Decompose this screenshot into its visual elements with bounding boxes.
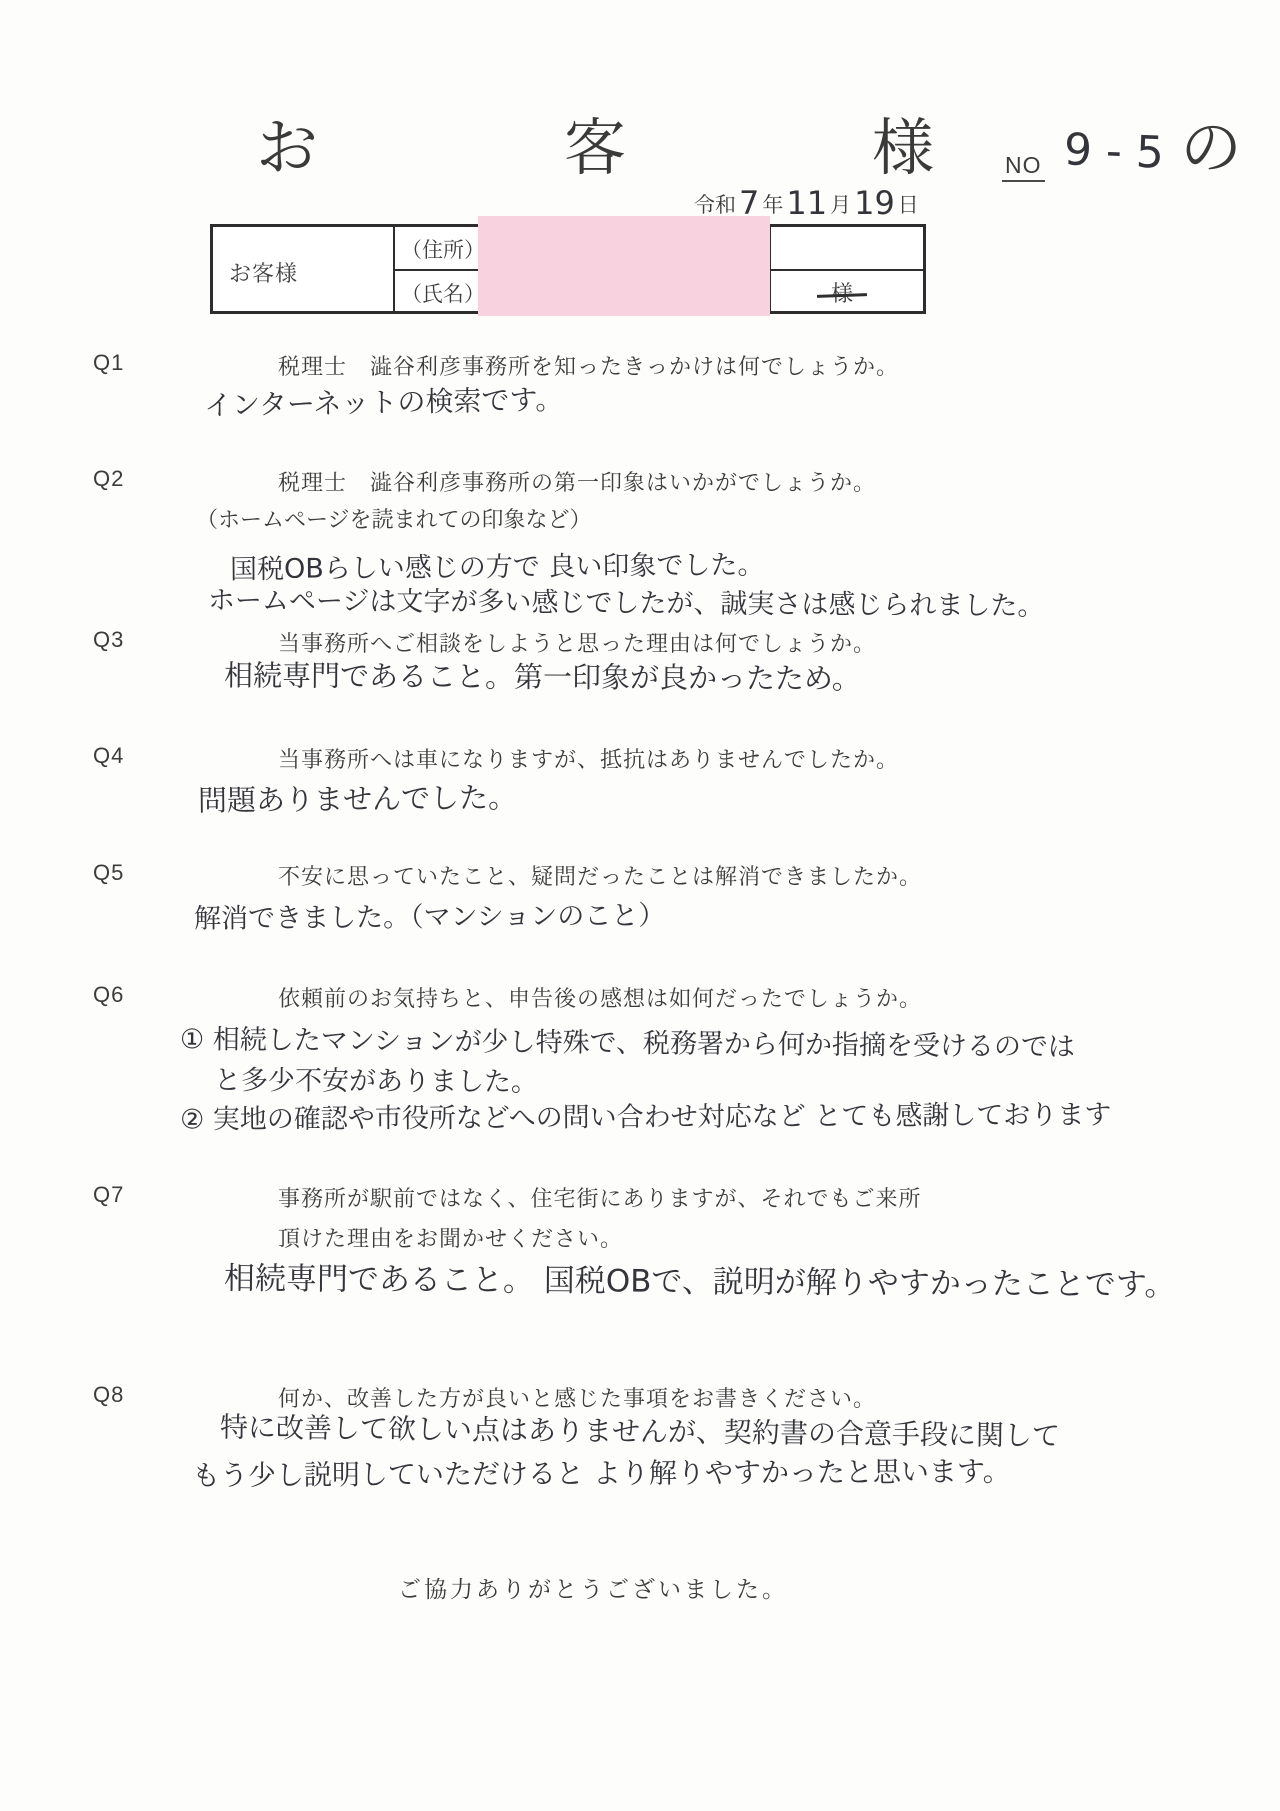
date-year-label: 年 xyxy=(762,189,783,219)
handwritten-answer: 相続専門であること。第一印象が良かったため。 xyxy=(224,653,861,697)
form-number-label: NO xyxy=(1002,152,1045,182)
date-month-label: 月 xyxy=(830,189,851,219)
date-day-label: 日 xyxy=(898,189,919,219)
address-label: （住所） xyxy=(401,234,485,264)
question-text: 当事務所へは車になりますが、抵抗はありませんでしたか。 xyxy=(278,743,899,774)
question-label: Q8 xyxy=(93,1382,124,1408)
question-text: 事務所が駅前ではなく、住宅街にありますが、それでもご来所 xyxy=(278,1182,922,1213)
closing-text: ご協力ありがとうございました。 xyxy=(398,1571,788,1604)
handwritten-answer: ② 実地の確認や市役所などへの問い合わせ対応など とても感謝しております xyxy=(180,1093,1111,1137)
question-text: 頂けた理由をお聞かせください。 xyxy=(278,1222,623,1253)
handwritten-answer: 解消できました。（マンションのこと） xyxy=(194,893,666,935)
customer-header-cell: お客様 xyxy=(229,257,298,288)
question-label: Q5 xyxy=(93,860,124,886)
question-label: Q3 xyxy=(93,627,124,653)
question-label: Q2 xyxy=(93,466,124,492)
question-note: （ホームページを読まれての印象など） xyxy=(196,503,592,534)
honorific-sama-struck: 様 xyxy=(831,277,853,308)
handwritten-answer: 問題ありませんでした。 xyxy=(198,775,517,819)
name-label: （氏名） xyxy=(401,278,485,308)
handwritten-answer: ホームページは文字が多い感じでしたが、誠実さは感じられました。 xyxy=(208,578,1045,623)
handwritten-answer: ① 相続したマンションが少し特殊で、税務署から何か指摘を受けるのでは xyxy=(180,1017,1075,1064)
handwritten-answer: 特に改善して欲しい点はありませんが、契約書の合意手段に関して xyxy=(220,1406,1060,1455)
question-text: 不安に思っていたこと、疑問だったことは解消できましたか。 xyxy=(278,860,922,891)
handwritten-answer: 相続専門であること。 国税OBで、説明が解りやすかったことです。 xyxy=(224,1253,1176,1305)
question-text: 税理士 澁谷利彦事務所を知ったきっかけは何でしょうか。 xyxy=(278,350,899,381)
date-month-value: 11 xyxy=(786,184,827,222)
question-label: Q6 xyxy=(93,982,124,1008)
date-day-value: 19 xyxy=(854,184,895,222)
handwritten-answer: インターネットの検索です。 xyxy=(204,378,564,424)
question-text: 依頼前のお気持ちと、申告後の感想は如何だったでしょうか。 xyxy=(278,982,922,1013)
scanned-survey-page: お 客 様 の 声 NO 9 - 5 令和 7 年 11 月 19 日 お客様 … xyxy=(0,0,1280,1811)
handwritten-answer: と多少不安がありました。 xyxy=(214,1058,538,1099)
date-line: 令和 7 年 11 月 19 日 xyxy=(694,182,919,220)
date-era-label: 令和 xyxy=(694,189,736,219)
question-text: 税理士 澁谷利彦事務所の第一印象はいかがでしょうか。 xyxy=(278,466,876,497)
question-label: Q7 xyxy=(93,1182,124,1208)
form-number-value: 9 - 5 xyxy=(1063,124,1165,178)
handwritten-answer: もう少し説明していただけると より解りやすかったと思います。 xyxy=(192,1450,1011,1494)
question-label: Q4 xyxy=(93,743,124,769)
pink-redaction-overlay xyxy=(478,216,770,316)
question-label: Q1 xyxy=(93,350,124,376)
